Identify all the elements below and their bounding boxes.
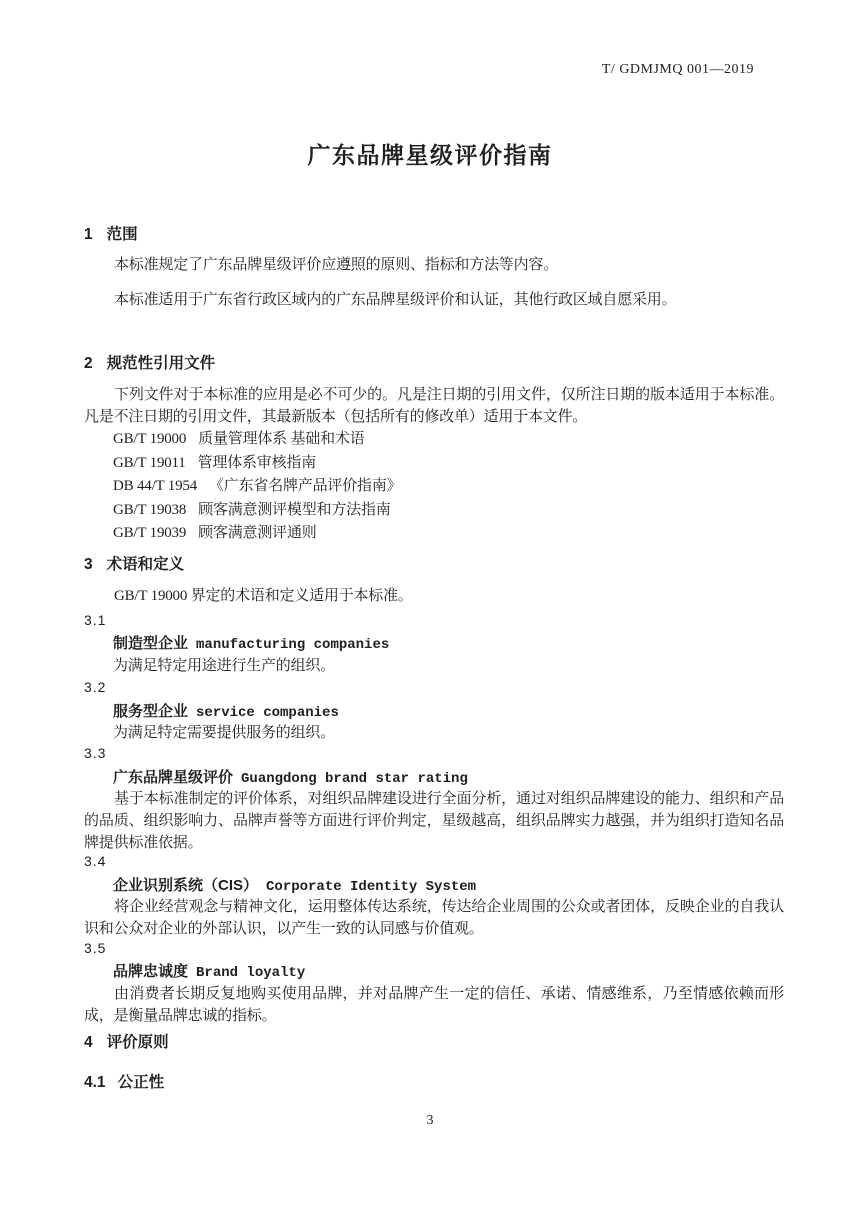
section-2-label: 规范性引用文件 <box>107 351 216 373</box>
reference-title: 顾客满意测评通则 <box>198 522 316 546</box>
section-3-number: 3 <box>84 556 93 574</box>
term-3-2-heading: 服务型企业service companies <box>113 700 339 721</box>
reference-title: 管理体系审核指南 <box>198 452 316 476</box>
section-4-label: 评价原则 <box>107 1030 169 1052</box>
term-3-4-definition: 将企业经营观念与精神文化，运用整体传达系统，传达给企业周围的公众或者团体，反映企… <box>84 896 784 940</box>
section-4-number: 4 <box>84 1034 93 1052</box>
section-1-label: 范围 <box>107 222 138 244</box>
section-1-paragraph-1: 本标准规定了广东品牌星级评价应遵照的原则、指标和方法等内容。 <box>84 254 784 276</box>
standard-ref-code: T/ GDMJMQ 001—2019 <box>602 62 754 78</box>
term-3-3-zh: 广东品牌星级评价 <box>113 769 233 786</box>
section-1-heading: 1范围 <box>84 222 138 244</box>
term-3-2-zh: 服务型企业 <box>113 703 188 720</box>
section-3-intro: GB/T 19000 界定的术语和定义适用于本标准。 <box>84 585 784 607</box>
reference-item: DB 44/T 1954《广东省名牌产品评价指南》 <box>113 475 401 499</box>
section-2-number: 2 <box>84 355 93 373</box>
document-page: T/ GDMJMQ 001—2019 广东品牌星级评价指南 1范围 本标准规定了… <box>0 0 860 1215</box>
section-4-1-number: 4.1 <box>84 1074 106 1092</box>
reference-code: DB 44/T 1954 <box>113 475 197 499</box>
term-3-4-en: Corporate Identity System <box>266 879 476 895</box>
section-4-1-heading: 4.1公正性 <box>84 1070 164 1092</box>
reference-title: 《广东省名牌产品评价指南》 <box>209 475 401 499</box>
term-3-5-heading: 品牌忠诚度Brand loyalty <box>113 960 305 981</box>
page-number: 3 <box>0 1113 860 1129</box>
term-3-3-definition: 基于本标准制定的评价体系，对组织品牌建设进行全面分析，通过对组织品牌建设的能力、… <box>84 788 784 854</box>
term-3-5-number: 3.5 <box>84 940 106 956</box>
reference-code: GB/T 19039 <box>113 522 186 546</box>
reference-title: 质量管理体系 基础和术语 <box>198 428 364 452</box>
reference-title: 顾客满意测评模型和方法指南 <box>198 499 390 523</box>
reference-item: GB/T 19000质量管理体系 基础和术语 <box>113 428 401 452</box>
normative-references-list: GB/T 19000质量管理体系 基础和术语 GB/T 19011管理体系审核指… <box>113 428 401 546</box>
section-3-label: 术语和定义 <box>107 552 185 574</box>
term-3-1-definition: 为满足特定用途进行生产的组织。 <box>113 655 784 677</box>
term-3-5-definition: 由消费者长期反复地购买使用品牌，并对品牌产生一定的信任、承诺、情感维系，乃至情感… <box>84 983 784 1027</box>
section-4-heading: 4评价原则 <box>84 1030 169 1052</box>
term-3-3-heading: 广东品牌星级评价Guangdong brand star rating <box>113 766 468 787</box>
reference-code: GB/T 19000 <box>113 428 186 452</box>
section-1-number: 1 <box>84 226 93 244</box>
term-3-2-en: service companies <box>196 705 339 721</box>
term-3-1-number: 3.1 <box>84 612 106 628</box>
reference-code: GB/T 19038 <box>113 499 186 523</box>
term-3-5-en: Brand loyalty <box>196 965 305 981</box>
term-3-1-heading: 制造型企业manufacturing companies <box>113 632 389 653</box>
term-3-5-zh: 品牌忠诚度 <box>113 963 188 980</box>
section-3-heading: 3术语和定义 <box>84 552 184 574</box>
section-1-paragraph-2: 本标准适用于广东省行政区域内的广东品牌星级评价和认证，其他行政区域自愿采用。 <box>84 289 784 311</box>
term-3-1-en: manufacturing companies <box>196 637 389 653</box>
section-4-1-label: 公正性 <box>118 1070 165 1092</box>
term-3-3-number: 3.3 <box>84 745 106 761</box>
term-3-1-zh: 制造型企业 <box>113 635 188 652</box>
section-2-intro: 下列文件对于本标准的应用是必不可少的。凡是注日期的引用文件，仅所注日期的版本适用… <box>84 384 784 428</box>
term-3-3-en: Guangdong brand star rating <box>241 771 468 787</box>
term-3-4-heading: 企业识别系统（CIS）Corporate Identity System <box>113 874 476 895</box>
reference-code: GB/T 19011 <box>113 452 186 476</box>
reference-item: GB/T 19038顾客满意测评模型和方法指南 <box>113 499 401 523</box>
term-3-4-zh: 企业识别系统（CIS） <box>113 877 258 894</box>
term-3-2-number: 3.2 <box>84 679 106 695</box>
reference-item: GB/T 19039顾客满意测评通则 <box>113 522 401 546</box>
reference-item: GB/T 19011管理体系审核指南 <box>113 452 401 476</box>
term-3-2-definition: 为满足特定需要提供服务的组织。 <box>113 722 784 744</box>
term-3-4-number: 3.4 <box>84 853 106 869</box>
section-2-heading: 2规范性引用文件 <box>84 351 215 373</box>
document-title: 广东品牌星级评价指南 <box>0 137 860 170</box>
